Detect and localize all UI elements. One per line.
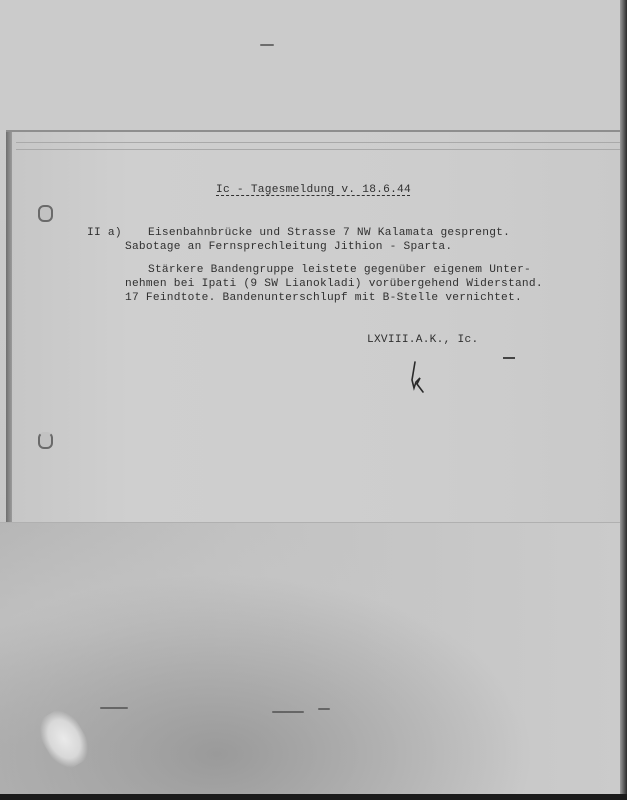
fold-line bbox=[16, 142, 620, 143]
document-heading: Ic - Tagesmeldung v. 18.6.44 bbox=[216, 183, 411, 197]
punch-hole-bottom bbox=[38, 432, 53, 449]
paragraph-2-line-3: 17 Feindtote. Bandenunterschlupf mit B-S… bbox=[125, 291, 522, 305]
pen-mark bbox=[503, 357, 515, 359]
fold-line bbox=[16, 149, 620, 150]
scanned-page: Ic - Tagesmeldung v. 18.6.44 II a) Eisen… bbox=[0, 0, 627, 800]
handwritten-initial-icon bbox=[406, 360, 426, 394]
scan-mark bbox=[260, 44, 274, 46]
paragraph-1-line-2: Sabotage an Fernsprechleitung Jithion - … bbox=[125, 240, 452, 254]
scan-mark bbox=[272, 711, 304, 713]
scan-edge-bottom bbox=[0, 794, 627, 800]
scan-mark bbox=[100, 707, 128, 709]
underlying-sheet-top bbox=[0, 0, 620, 130]
scan-mark bbox=[318, 708, 330, 710]
section-label: II a) bbox=[87, 226, 122, 240]
paragraph-2-line-2: nehmen bei Ipati (9 SW Lianokladi) vorüb… bbox=[125, 277, 543, 291]
sheet-edge bbox=[6, 132, 12, 524]
scan-edge-right bbox=[620, 0, 627, 800]
punch-hole-top bbox=[38, 205, 53, 222]
signature-block: LXVIII.A.K., Ic. bbox=[367, 333, 478, 347]
paragraph-1-line-1: Eisenbahnbrücke und Strasse 7 NW Kalamat… bbox=[148, 226, 510, 240]
paragraph-2-line-1: Stärkere Bandengruppe leistete gegenüber… bbox=[148, 263, 531, 277]
